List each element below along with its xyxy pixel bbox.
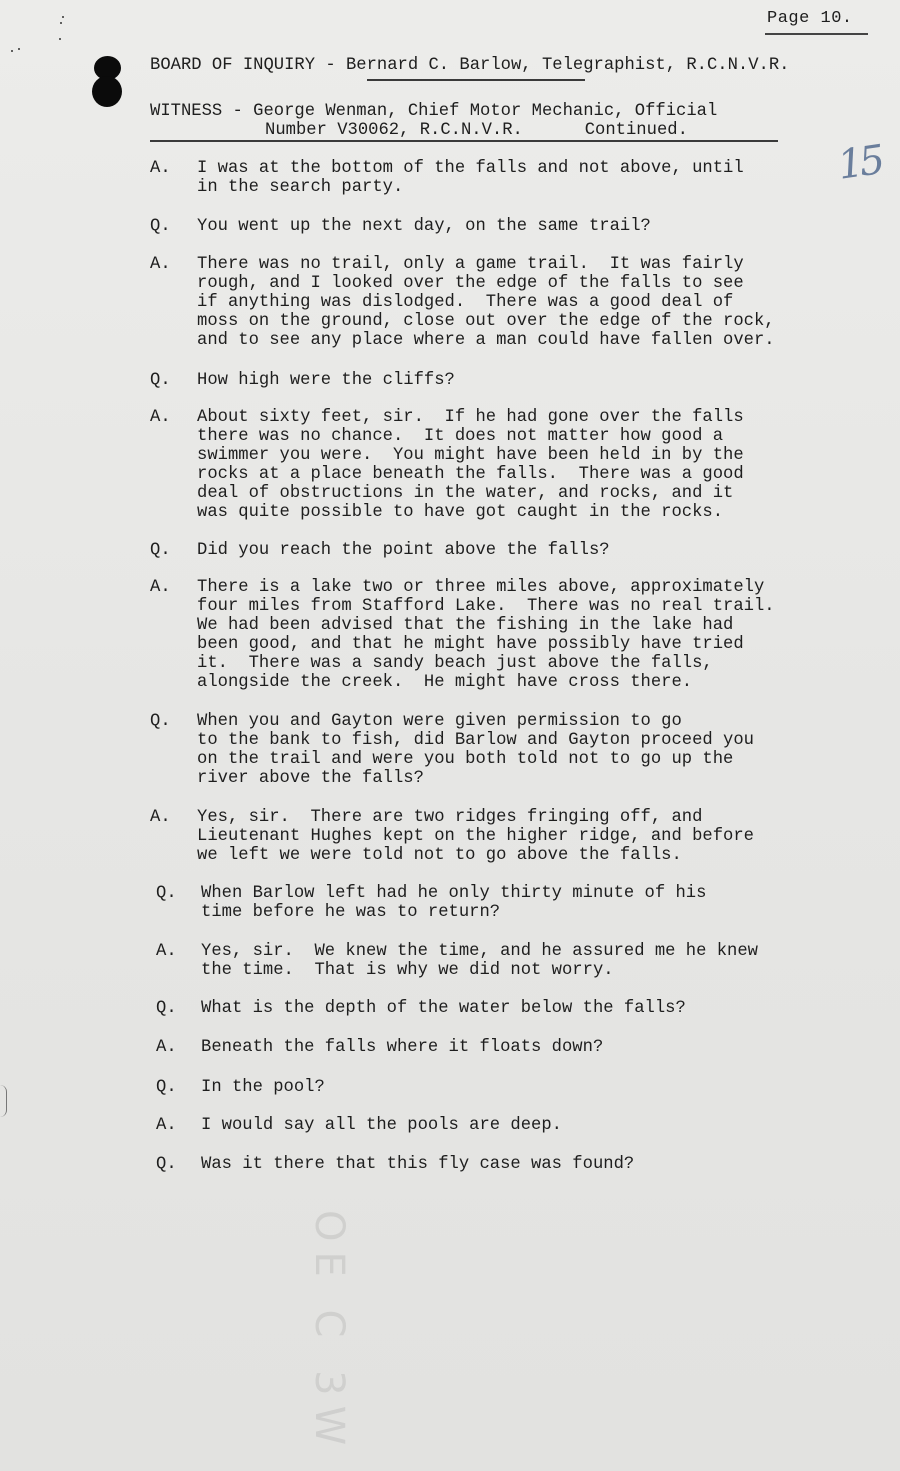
answer-label: A. xyxy=(150,408,171,427)
answer-text-line: four miles from Stafford Lake. There was… xyxy=(197,597,775,616)
answer-text-line: swimmer you were. You might have been he… xyxy=(197,446,744,465)
answer-text-line: About sixty feet, sir. If he had gone ov… xyxy=(197,408,744,427)
answer-text-line: rocks at a place beneath the falls. Ther… xyxy=(197,465,744,484)
ink-speck xyxy=(60,22,62,24)
answer-text-line: there was no chance. It does not matter … xyxy=(197,427,723,446)
witness-underline xyxy=(150,140,778,142)
answer-label: A. xyxy=(156,942,177,961)
page-edge-mark xyxy=(0,1085,7,1117)
question-text-line: river above the falls? xyxy=(197,769,424,788)
answer-text-line: rough, and I looked over the edge of the… xyxy=(197,274,744,293)
question-label: Q. xyxy=(156,999,177,1018)
answer-text-line: it. There was a sandy beach just above t… xyxy=(197,654,713,673)
ink-speck xyxy=(59,38,61,40)
answer-text-line: Yes, sir. We knew the time, and he assur… xyxy=(201,942,758,961)
question-label: Q. xyxy=(150,541,171,560)
ink-speck xyxy=(18,48,20,50)
board-of-inquiry-line: BOARD OF INQUIRY - Bernard C. Barlow, Te… xyxy=(150,56,789,75)
question-text-line: to the bank to fish, did Barlow and Gayt… xyxy=(197,731,754,750)
answer-text-line: We had been advised that the fishing in … xyxy=(197,616,733,635)
question-text-line: In the pool? xyxy=(201,1078,325,1097)
question-text-line: time before he was to return? xyxy=(201,903,500,922)
answer-text-line: I was at the bottom of the falls and not… xyxy=(197,159,744,178)
question-text-line: What is the depth of the water below the… xyxy=(201,999,686,1018)
answer-label: A. xyxy=(150,808,171,827)
answer-text-line: Yes, sir. There are two ridges fringing … xyxy=(197,808,702,827)
document-page: Page 10. BOARD OF INQUIRY - Bernard C. B… xyxy=(0,0,900,1471)
answer-label: A. xyxy=(150,255,171,274)
question-text-line: How high were the cliffs? xyxy=(197,371,455,390)
answer-text-line: if anything was dislodged. There was a g… xyxy=(197,293,733,312)
answer-text-line: Lieutenant Hughes kept on the higher rid… xyxy=(197,827,754,846)
question-label: Q. xyxy=(150,371,171,390)
name-underline xyxy=(367,79,585,81)
question-label: Q. xyxy=(156,884,177,903)
answer-label: A. xyxy=(150,159,171,178)
answer-text-line: been good, and that he might have possib… xyxy=(197,635,744,654)
answer-label: A. xyxy=(156,1116,177,1135)
faint-stamp-watermark: OE C 3W xyxy=(306,1210,352,1455)
answer-text-line: the time. That is why we did not worry. xyxy=(201,961,614,980)
answer-text-line: There was no trail, only a game trail. I… xyxy=(197,255,744,274)
answer-text-line: was quite possible to have got caught in… xyxy=(197,503,723,522)
answer-text-line: moss on the ground, close out over the e… xyxy=(197,312,775,331)
question-label: Q. xyxy=(150,217,171,236)
ink-speck xyxy=(62,16,64,18)
answer-text-line: There is a lake two or three miles above… xyxy=(197,578,764,597)
answer-text-line: we left we were told not to go above the… xyxy=(197,846,682,865)
question-text-line: When you and Gayton were given permissio… xyxy=(197,712,682,731)
answer-text-line: in the search party. xyxy=(197,178,403,197)
question-label: Q. xyxy=(150,712,171,731)
answer-label: A. xyxy=(150,578,171,597)
question-text-line: Was it there that this fly case was foun… xyxy=(201,1155,634,1174)
witness-line-1: WITNESS - George Wenman, Chief Motor Mec… xyxy=(150,102,717,121)
question-text-line: When Barlow left had he only thirty minu… xyxy=(201,884,706,903)
answer-label: A. xyxy=(156,1038,177,1057)
question-label: Q. xyxy=(156,1078,177,1097)
question-text-line: on the trail and were you both told not … xyxy=(197,750,733,769)
answer-text-line: I would say all the pools are deep. xyxy=(201,1116,562,1135)
answer-text-line: deal of obstructions in the water, and r… xyxy=(197,484,733,503)
answer-text-line: Beneath the falls where it floats down? xyxy=(201,1038,603,1057)
witness-line-2: Number V30062, R.C.N.V.R. Continued. xyxy=(265,121,688,140)
page-number-underline xyxy=(765,33,868,35)
question-label: Q. xyxy=(156,1155,177,1174)
page-number: Page 10. xyxy=(767,9,853,28)
ink-speck xyxy=(11,50,13,52)
binder-punch-hole xyxy=(92,56,124,108)
answer-text-line: and to see any place where a man could h… xyxy=(197,331,775,350)
answer-text-line: alongside the creek. He might have cross… xyxy=(197,673,692,692)
question-text-line: Did you reach the point above the falls? xyxy=(197,541,610,560)
question-text-line: You went up the next day, on the same tr… xyxy=(197,217,651,236)
handwritten-folio-number: 15 xyxy=(835,137,884,189)
